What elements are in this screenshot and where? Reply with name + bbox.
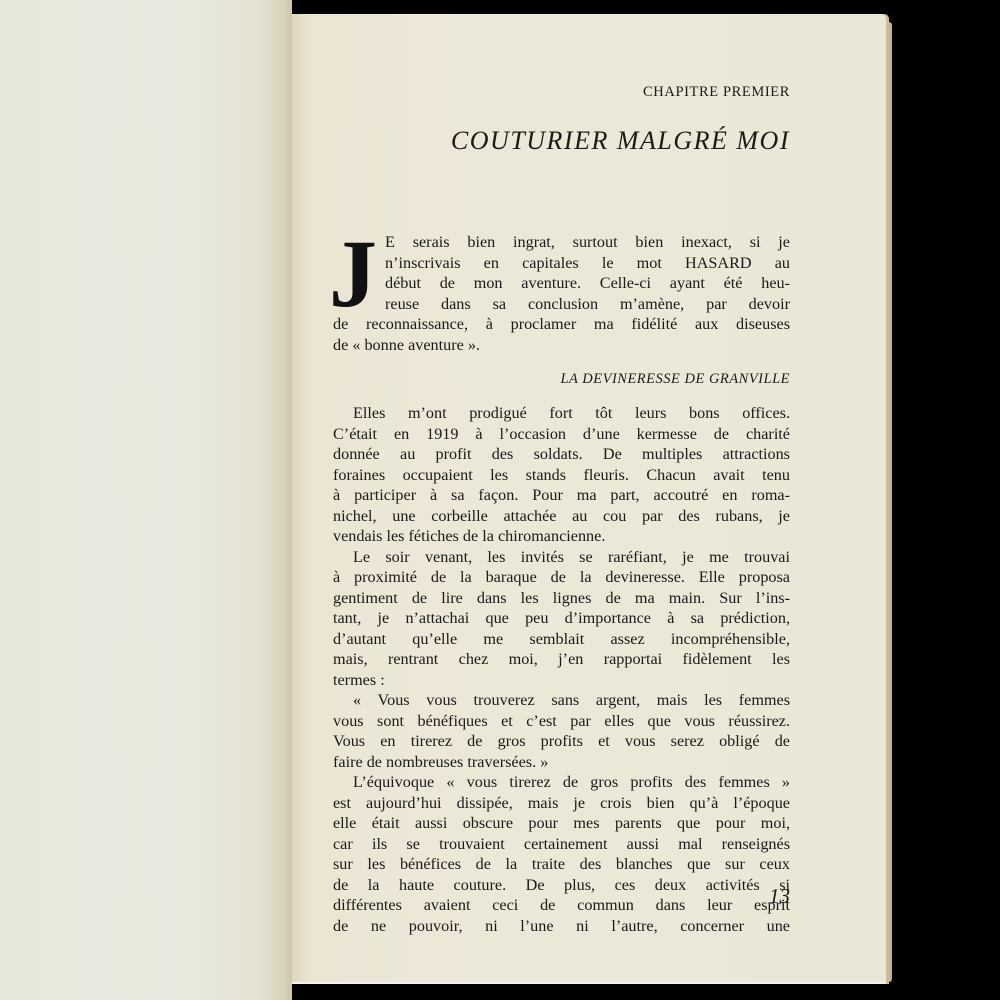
text-line: d’autant qu’elle me semblait assez incom… [333,629,790,650]
text-line: Le soir venant, les invités se raréfiant… [333,547,790,568]
body-text: Elles m’ont prodigué fort tôt leurs bons… [333,403,790,936]
text-line: tant, je n’attachai que peu d’importance… [333,608,790,629]
text-line: Elles m’ont prodigué fort tôt leurs bons… [333,403,790,424]
text-line: de ne pouvoir, ni l’une ni l’autre, conc… [333,916,790,937]
opening-line: de « bonne aventure ». [333,335,790,356]
section-heading: LA DEVINERESSE DE GRANVILLE [560,371,790,388]
opening-paragraph: J E serais bien ingrat, surtout bien ine… [333,232,790,355]
text-line: termes : [333,670,790,691]
text-line: car ils se trouvaient certainement aussi… [333,834,790,855]
text-line: mais, rentrant chez moi, j’en rapportai … [333,649,790,670]
text-line: sur les bénéfices de la traite des blanc… [333,854,790,875]
text-line: vendais les fétiches de la chiromancienn… [333,526,790,547]
text-line: à proximité de la baraque de la devinere… [333,567,790,588]
opening-line: n’inscrivais en capitales le mot HASARD … [333,253,790,274]
text-line: vous sont bénéfiques et c’est par elles … [333,711,790,732]
text-line: foraines occupaient les stands fleuris. … [333,465,790,486]
chapter-label: CHAPITRE PREMIER [643,84,790,101]
text-line: Vous en tirerez de gros profits et vous … [333,731,790,752]
text-line: à participer à sa façon. Pour ma part, a… [333,485,790,506]
text-line: elle était aussi obscure pour mes parent… [333,813,790,834]
left-page-blank [0,0,292,1000]
text-line: donnée au profit des soldats. De multipl… [333,444,790,465]
text-line: nichel, une corbeille attachée au cou pa… [333,506,790,527]
opening-line: début de mon aventure. Celle-ci ayant ét… [333,273,790,294]
chapter-title: COUTURIER MALGRÉ MOI [451,126,790,156]
text-line: faire de nombreuses traversées. » [333,752,790,773]
text-line: L’équivoque « vous tirerez de gros profi… [333,772,790,793]
opening-line: reuse dans sa conclusion m’amène, par de… [333,294,790,315]
drop-cap: J [329,238,377,314]
opening-line: de reconnaissance, à proclamer ma fidéli… [333,314,790,335]
text-line: différentes avaient ceci de commun dans … [333,895,790,916]
right-page: CHAPITRE PREMIER COUTURIER MALGRÉ MOI J … [292,14,889,984]
text-line: est aujourd’hui dissipée, mais je crois … [333,793,790,814]
opening-line: E serais bien ingrat, surtout bien inexa… [333,232,790,253]
text-line: « Vous vous trouverez sans argent, mais … [333,690,790,711]
text-line: C’était en 1919 à l’occasion d’une kerme… [333,424,790,445]
page-number: 13 [769,884,790,909]
text-line: de la haute couture. De plus, ces deux a… [333,875,790,896]
text-line: gentiment de lire dans les lignes de ma … [333,588,790,609]
